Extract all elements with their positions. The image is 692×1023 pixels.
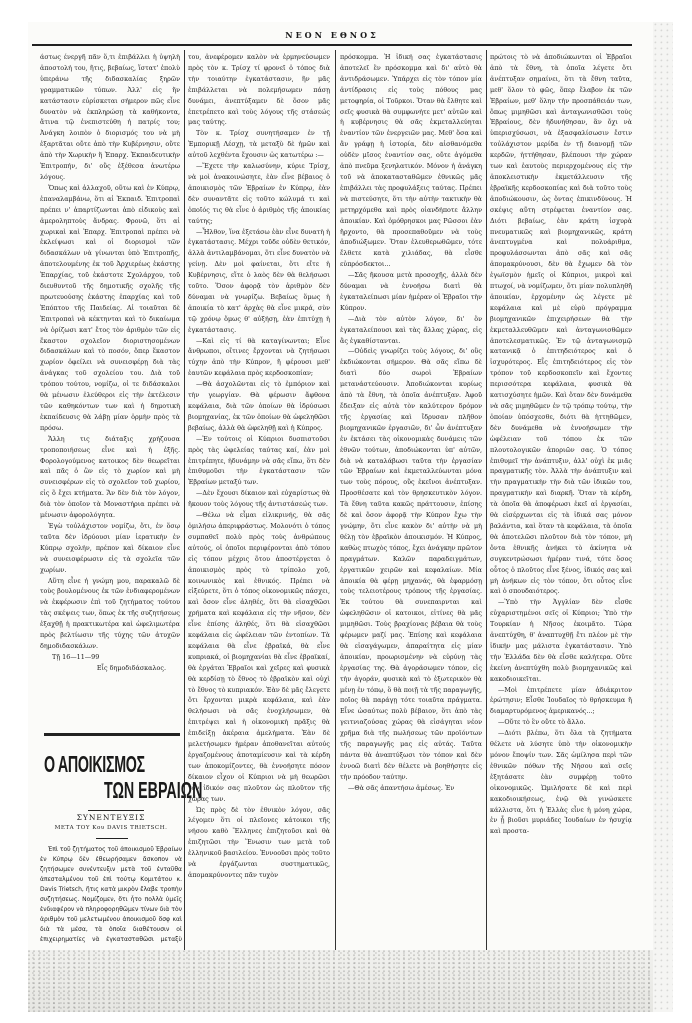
column-divider bbox=[335, 50, 336, 965]
paragraph: άστως ένεργῆ πᾶν ὅ,τι ἐπιβάλλει ἡ ὑψηλὴ … bbox=[40, 52, 180, 183]
masthead-rule bbox=[32, 44, 632, 46]
article-subheading: ΣΥΝΕΝΤΕΥΞΙΣ bbox=[40, 813, 182, 822]
paragraph: Ὡς πρὸς δὲ τὸν ἐθνικὸν λόγον, σᾶς λέγομε… bbox=[188, 805, 330, 881]
dialogue-paragraph: —Ἦλθον, ἵνα ἐξετάσω ἐὰν εἶνε δυνατὴ ἡ ἐγ… bbox=[188, 227, 330, 336]
letter-signer: Εἷς δημοδιδάσκαλος. bbox=[40, 663, 180, 674]
column-divider bbox=[486, 50, 487, 965]
column-2: του, ἀνεφέρομεν καλὸν νὰ ἑρμηνεύσωμεν πρ… bbox=[188, 52, 330, 944]
article-byline: ΜΕΤΑ ΤΟΥ Κου DAVIS TRIETSCH. bbox=[40, 825, 182, 831]
paragraph: του, ἀνεφέρομεν καλὸν νὰ ἑρμηνεύσωμεν πρ… bbox=[188, 52, 330, 128]
dialogue-paragraph: —Θὰ σᾶς ἀπαντήσω ἀμέσως. Ἐν bbox=[340, 783, 482, 794]
dialogue-paragraph: —Καὶ εἰς τί θὰ καταγίνωνται; Εἶνε ἄνθρωπ… bbox=[188, 336, 330, 380]
column-4: πρώτοις τὸ νὰ ἀποδιώκωνται οἱ Ἑβραῖοι ἀπ… bbox=[490, 52, 632, 922]
dialogue-paragraph: —Δὲν ἔχουσι δίκαιον καὶ εὐχαρίστως θὰ ἤκ… bbox=[188, 488, 330, 510]
article-headline-line1: Ο ΑΠΟΙΚΙΣΜΟΣ bbox=[44, 752, 131, 776]
paragraph: Ὅπως καὶ ἀλλαχοῦ, οὕτω καὶ ἐν Κύπρῳ, ἐπα… bbox=[40, 183, 180, 434]
dialogue-paragraph: —Οὐδεὶς γνωρίζει τοὺς λόγους, δι' οὓς ἐκ… bbox=[340, 346, 482, 782]
paragraph: πρόσκομμα. Ἡ ἰδική σας ἐγκατάστασις ἀποτ… bbox=[340, 52, 482, 270]
column-divider bbox=[184, 50, 185, 950]
dialogue-paragraph: —Ἐν τούτοις οἱ Κύπριοι δυσπιστοῦσι πρὸς … bbox=[188, 434, 330, 489]
byline-rule bbox=[96, 838, 128, 839]
column-1: άστως ένεργῆ πᾶν ὅ,τι ἐπιβάλλει ἡ ὑψηλὴ … bbox=[40, 52, 180, 728]
dialogue-paragraph: —Θὰ ἀσχολῶνται εἰς τὸ ἐμπόριον καὶ τὴν γ… bbox=[188, 379, 330, 434]
letter-date: Τῇ 16—11—99 bbox=[40, 652, 180, 663]
paragraph: Ἐγὼ τοὐλάχιστον νομίζω, ὅτι, ἐν ὅσῳ ταῦτ… bbox=[40, 521, 180, 576]
dialogue-paragraph: —Ἔχετε τὴν καλωσύνην, κύριε Τρίσχ, νὰ μο… bbox=[188, 161, 330, 226]
section-separator bbox=[44, 733, 180, 736]
dialogue-paragraph: —Οὔτε τὸ ἓν οὔτε τὸ ἄλλο. bbox=[490, 717, 632, 728]
scan-noise-footer bbox=[28, 950, 653, 1012]
paragraph: πρώτοις τὸ νὰ ἀποδιώκωνται οἱ Ἑβραῖοι ἀπ… bbox=[490, 52, 632, 597]
masthead-title: ΝΕΟΝ ΕΘΝΟΣ bbox=[32, 30, 632, 44]
dialogue-paragraph: —Σᾶς ἤκουσα μετὰ προσοχῆς, ἀλλὰ δὲν δύνα… bbox=[340, 270, 482, 314]
paragraph: Τὸν κ. Τρίσχ συνητήσαμεν ἐν τῇ Ἐμπορικῇ … bbox=[188, 128, 330, 161]
headline-rule bbox=[88, 810, 144, 811]
column-3: πρόσκομμα. Ἡ ἰδική σας ἐγκατάστασις ἀποτ… bbox=[340, 52, 482, 944]
paragraph: Ἄλλη τις διάταξις χρήζουσα τροποποιήσεως… bbox=[40, 434, 180, 521]
dialogue-paragraph: —Διότι βλέπω, ὅτι ὅλα τὰ ζητήματα θέλετε… bbox=[490, 728, 632, 837]
dialogue-paragraph: —Μοὶ ἐπιτρέπετε μίαν ἀδιάκριτον ἐρώτησιν… bbox=[490, 685, 632, 718]
dialogue-paragraph: —Διὰ τὸν αὐτὸν λόγον, δι' ὃν ἐγκαταλείπο… bbox=[340, 314, 482, 347]
dialogue-paragraph: —Θέλω νὰ εἶμαι εἰλικρινής, θὰ σᾶς ὁμιλήσ… bbox=[188, 510, 330, 804]
paragraph: Αὕτη εἶνε ἡ γνώμη μου, παρακαλῶ δὲ τοὺς … bbox=[40, 576, 180, 652]
paragraph: Ἐπὶ τοῦ ζητήματος τοῦ ἀποικισμοῦ Ἑβραίων… bbox=[40, 845, 182, 945]
scan-margin bbox=[653, 22, 673, 1012]
article-lead: Ἐπὶ τοῦ ζητήματος τοῦ ἀποικισμοῦ Ἑβραίων… bbox=[40, 845, 182, 945]
dialogue-paragraph: —Ὑπὸ τὴν Ἀγγλίαν δὲν εἶσθε εὐχαριστημένο… bbox=[490, 597, 632, 684]
